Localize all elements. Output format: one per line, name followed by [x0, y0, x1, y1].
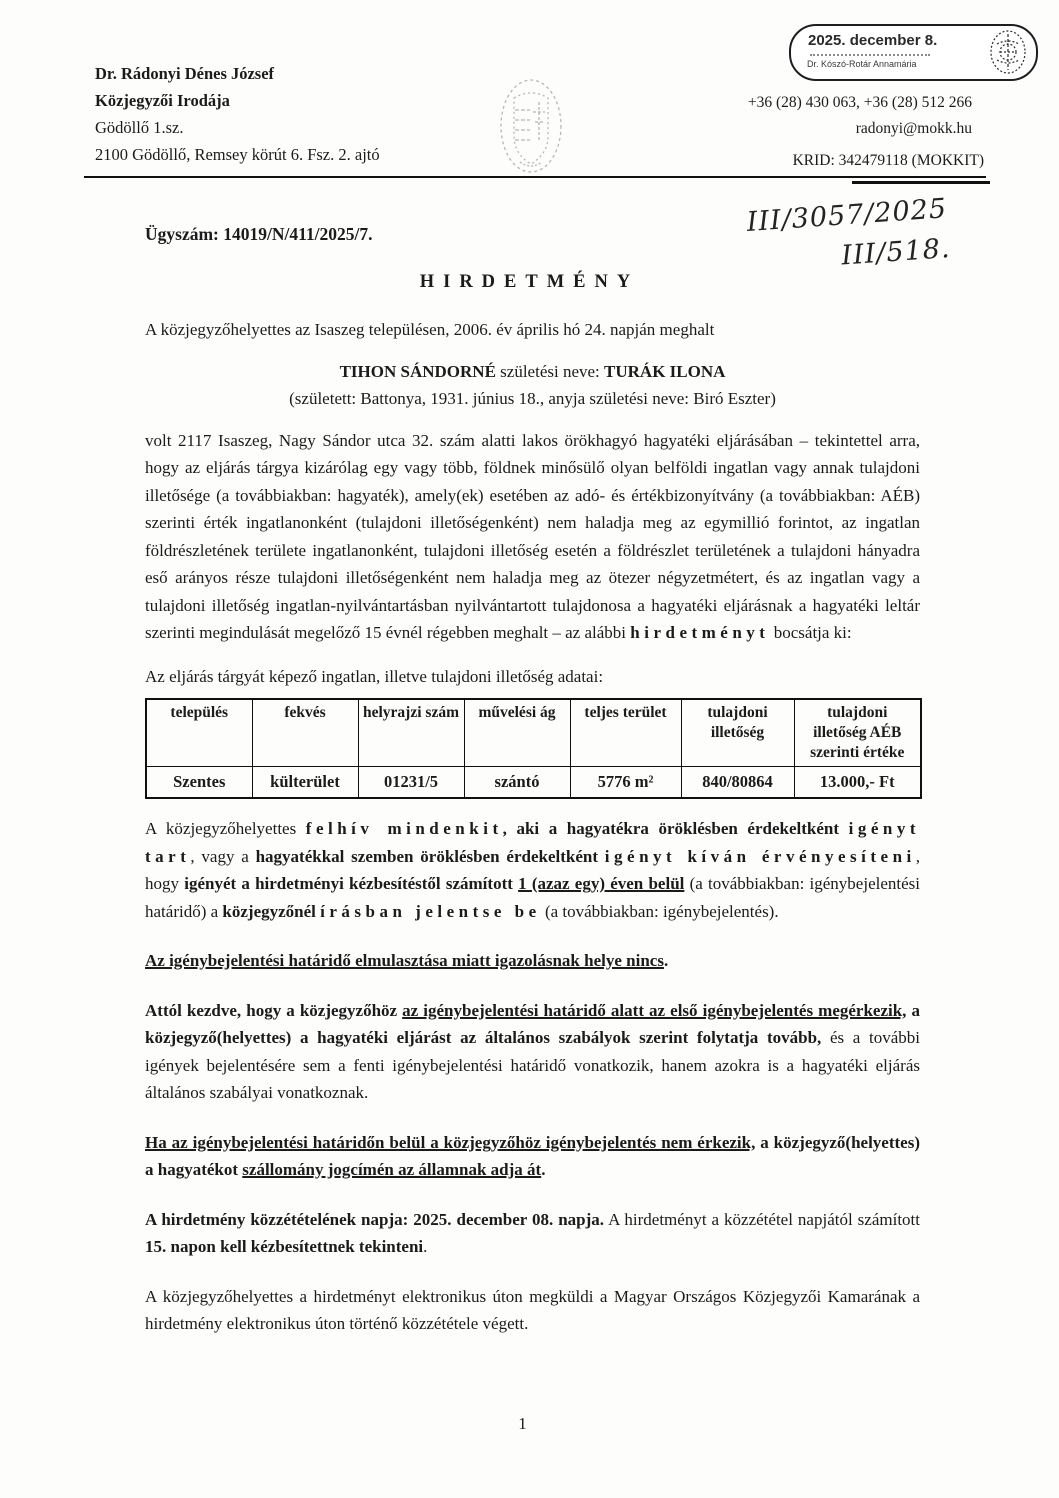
stamp-dotted-line: [810, 54, 930, 56]
state-transfer-paragraph: Ha az igénybejelentési határidőn belül a…: [145, 1129, 920, 1184]
col-header-muvelesi-ag: művelési ág: [464, 699, 570, 767]
handwriting-line-2: III/518.: [840, 229, 952, 277]
coat-of-arms-icon: [494, 74, 568, 183]
main-legal-paragraph: volt 2117 Isaszeg, Nagy Sándor utca 32. …: [145, 427, 920, 647]
col-header-helyrajzi-szam: helyrajzi szám: [358, 699, 464, 767]
document-body: A közjegyzőhelyettes az Isaszeg települé…: [145, 316, 920, 1338]
document-title: HIRDETMÉNY: [0, 272, 1059, 293]
office-type-line: Közjegyzői Irodája: [95, 87, 380, 114]
letterhead-office-block: Dr. Rádonyi Dénes József Közjegyzői Irod…: [95, 60, 380, 168]
col-header-telepules: település: [146, 699, 252, 767]
krid-underline: [852, 181, 990, 184]
page-number: 1: [0, 1414, 1045, 1434]
document-page: Dr. Rádonyi Dénes József Közjegyzői Irod…: [0, 0, 1059, 1498]
phone-numbers: +36 (28) 430 063, +36 (28) 512 266: [748, 90, 972, 116]
col-header-aeb-ertek: tulajdoni illetőség AÉB szerinti értéke: [794, 699, 921, 767]
col-header-tulajdoni-illetoseg: tulajdoni illetőség: [681, 699, 794, 767]
office-address-line: 2100 Gödöllő, Remsey körút 6. Fsz. 2. aj…: [95, 141, 380, 168]
col-header-teljes-terulet: teljes terület: [570, 699, 681, 767]
email-address: radonyi@mokk.hu: [748, 116, 972, 142]
handwritten-registry-number: III/3057/2025 III/518.: [745, 189, 951, 283]
cell-tulajdoni-illetoseg: 840/80864: [681, 767, 794, 799]
cell-telepules: Szentes: [146, 767, 252, 799]
case-number: Ügyszám: 14019/N/411/2025/7.: [145, 224, 373, 245]
office-seat-line: Gödöllő 1.sz.: [95, 114, 380, 141]
claim-call-paragraph: A közjegyzőhelyettes felhív mindenkit, a…: [145, 815, 920, 925]
contact-block: +36 (28) 430 063, +36 (28) 512 266 radon…: [748, 90, 972, 142]
property-table: település fekvés helyrajzi szám művelési…: [145, 698, 922, 799]
cell-helyrajzi-szam: 01231/5: [358, 767, 464, 799]
publication-date-paragraph: A hirdetmény közzétételének napja: 2025.…: [145, 1206, 920, 1261]
birth-data-line: (született: Battonya, 1931. június 18., …: [145, 385, 920, 413]
closing-paragraph: A közjegyzőhelyettes a hirdetményt elekt…: [145, 1283, 920, 1338]
cell-teljes-terulet: 5776 m²: [570, 767, 681, 799]
stamp-date: 2025. december 8.: [808, 32, 937, 49]
cell-aeb-ertek: 13.000,- Ft: [794, 767, 921, 799]
krid-line: KRID: 342479118 (MOKKIT): [793, 152, 984, 170]
date-stamp: 2025. december 8. Dr. Kószó-Rotár Annamá…: [789, 24, 1038, 81]
no-justification-paragraph: Az igénybejelentési határidő elmulasztás…: [145, 947, 920, 975]
table-header-row: település fekvés helyrajzi szám művelési…: [146, 699, 921, 767]
first-claim-paragraph: Attól kezdve, hogy a közjegyzőhöz az igé…: [145, 997, 920, 1107]
cell-muvelesi-ag: szántó: [464, 767, 570, 799]
deceased-name-line: TIHON SÁNDORNÉ születési neve: TURÁK ILO…: [145, 358, 920, 386]
col-header-fekves: fekvés: [252, 699, 358, 767]
table-caption: Az eljárás tárgyát képező ingatlan, ille…: [145, 663, 920, 691]
cell-fekves: külterület: [252, 767, 358, 799]
intro-paragraph: A közjegyzőhelyettes az Isaszeg települé…: [145, 316, 920, 344]
seal-icon: [985, 28, 1031, 81]
header-divider: [84, 176, 986, 178]
office-name-line: Dr. Rádonyi Dénes József: [95, 60, 380, 87]
table-row: Szentes külterület 01231/5 szántó 5776 m…: [146, 767, 921, 799]
stamp-notary-name: Dr. Kószó-Rotár Annamária: [807, 59, 917, 69]
